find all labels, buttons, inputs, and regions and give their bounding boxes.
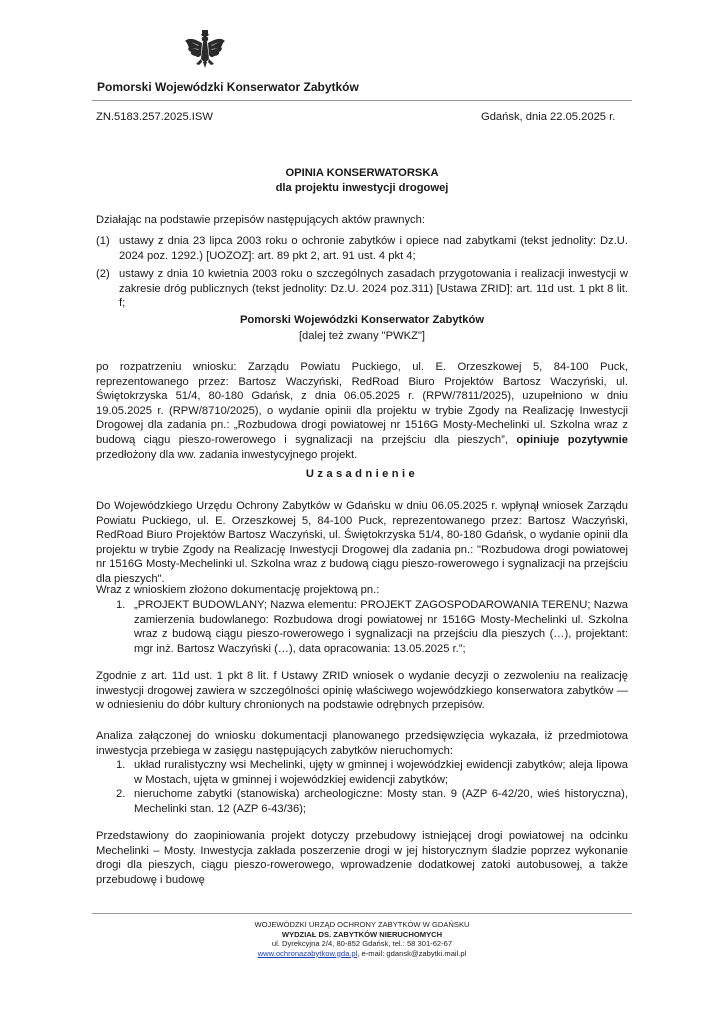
decision-text-end: przedłożony dla ww. zadania inwestycyjne…	[96, 449, 357, 461]
document-list-item: 1. „PROJEKT BUDOWLANY; Nazwa elementu: P…	[96, 598, 628, 656]
justification-heading: Uzasadnienie	[92, 467, 632, 482]
list-number: 2.	[116, 787, 125, 802]
decision-paragraph: po rozpatrzeniu wniosku: Zarządu Powiatu…	[96, 360, 628, 462]
website-link[interactable]: www.ochronazabytkow.gda.pl	[258, 949, 358, 958]
legal-basis-number: (2)	[96, 267, 110, 282]
authority-name: Pomorski Wojewódzki Konserwator Zabytków	[92, 313, 632, 328]
legal-basis-intro: Działając na podstawie przepisów następu…	[96, 213, 628, 228]
authority-alias: [dalej też zwany "PWKZ"]	[92, 329, 632, 344]
document-title: OPINIA KONSERWATORSKA	[92, 166, 632, 181]
list-number: 1.	[116, 598, 125, 613]
list-text: nieruchome zabytki (stanowiska) archeolo…	[134, 788, 628, 815]
list-text: „PROJEKT BUDOWLANY; Nazwa elementu: PROJ…	[134, 599, 628, 655]
footer-institution: WOJEWÓDZKI URZĄD OCHRONY ZABYTKÓW W GDAŃ…	[92, 920, 632, 930]
reference-number: ZN.5183.257.2025.ISW	[96, 110, 213, 125]
header-divider	[92, 100, 632, 101]
document-subtitle: dla projektu inwestycji drogowej	[92, 181, 632, 196]
legal-basis-text: ustawy z dnia 10 kwietnia 2003 roku o sz…	[119, 267, 628, 311]
document-page: Pomorski Wojewódzki Konserwator Zabytków…	[0, 0, 724, 1024]
justification-paragraph-2: Zgodnie z art. 11d ust. 1 pkt 8 lit. f U…	[96, 669, 628, 713]
list-text: układ ruralistyczny wsi Mechelinki, ujęt…	[134, 759, 628, 786]
documents-intro: Wraz z wnioskiem złożono dokumentację pr…	[96, 583, 628, 598]
justification-paragraph-1: Do Wojewódzkiego Urzędu Ochrony Zabytków…	[96, 499, 628, 587]
legal-basis-item: (2) ustawy z dnia 10 kwietnia 2003 roku …	[96, 267, 628, 311]
footer-contact: www.ochronazabytkow.gda.pl, e-mail: gdan…	[92, 949, 632, 959]
justification-paragraph-3: Analiza załączonej do wniosku dokumentac…	[96, 729, 628, 758]
legal-basis-number: (1)	[96, 234, 110, 249]
office-name: Pomorski Wojewódzki Konserwator Zabytków	[97, 80, 359, 95]
legal-basis-text: ustawy z dnia 23 lipca 2003 roku o ochro…	[119, 234, 628, 263]
monuments-list: 1. układ ruralistyczny wsi Mechelinki, u…	[96, 758, 628, 816]
justification-paragraph-4: Przedstawiony do zaopiniowania projekt d…	[96, 829, 628, 887]
place-date: Gdańsk, dnia 22.05.2025 r.	[481, 110, 615, 125]
decision-verdict: opiniuje pozytywnie	[516, 434, 628, 446]
footer-department: WYDZIAŁ DS. ZABYTKÓW NIERUCHOMYCH	[92, 930, 632, 940]
documents-list: 1. „PROJEKT BUDOWLANY; Nazwa elementu: P…	[96, 598, 628, 656]
footer-address: ul. Dyrekcyjna 2/4, 80-852 Gdańsk, tel.:…	[92, 939, 632, 949]
legal-basis-item: (1) ustawy z dnia 23 lipca 2003 roku o o…	[96, 234, 628, 263]
monument-list-item: 2. nieruchome zabytki (stanowiska) arche…	[96, 787, 628, 816]
footer-divider	[92, 913, 632, 914]
monument-list-item: 1. układ ruralistyczny wsi Mechelinki, u…	[96, 758, 628, 787]
footer-email: , e-mail: gdansk@zabytki.mail.pl	[357, 949, 466, 958]
polish-eagle-emblem-icon	[183, 29, 227, 69]
list-number: 1.	[116, 758, 125, 773]
footer: WOJEWÓDZKI URZĄD OCHRONY ZABYTKÓW W GDAŃ…	[92, 920, 632, 958]
